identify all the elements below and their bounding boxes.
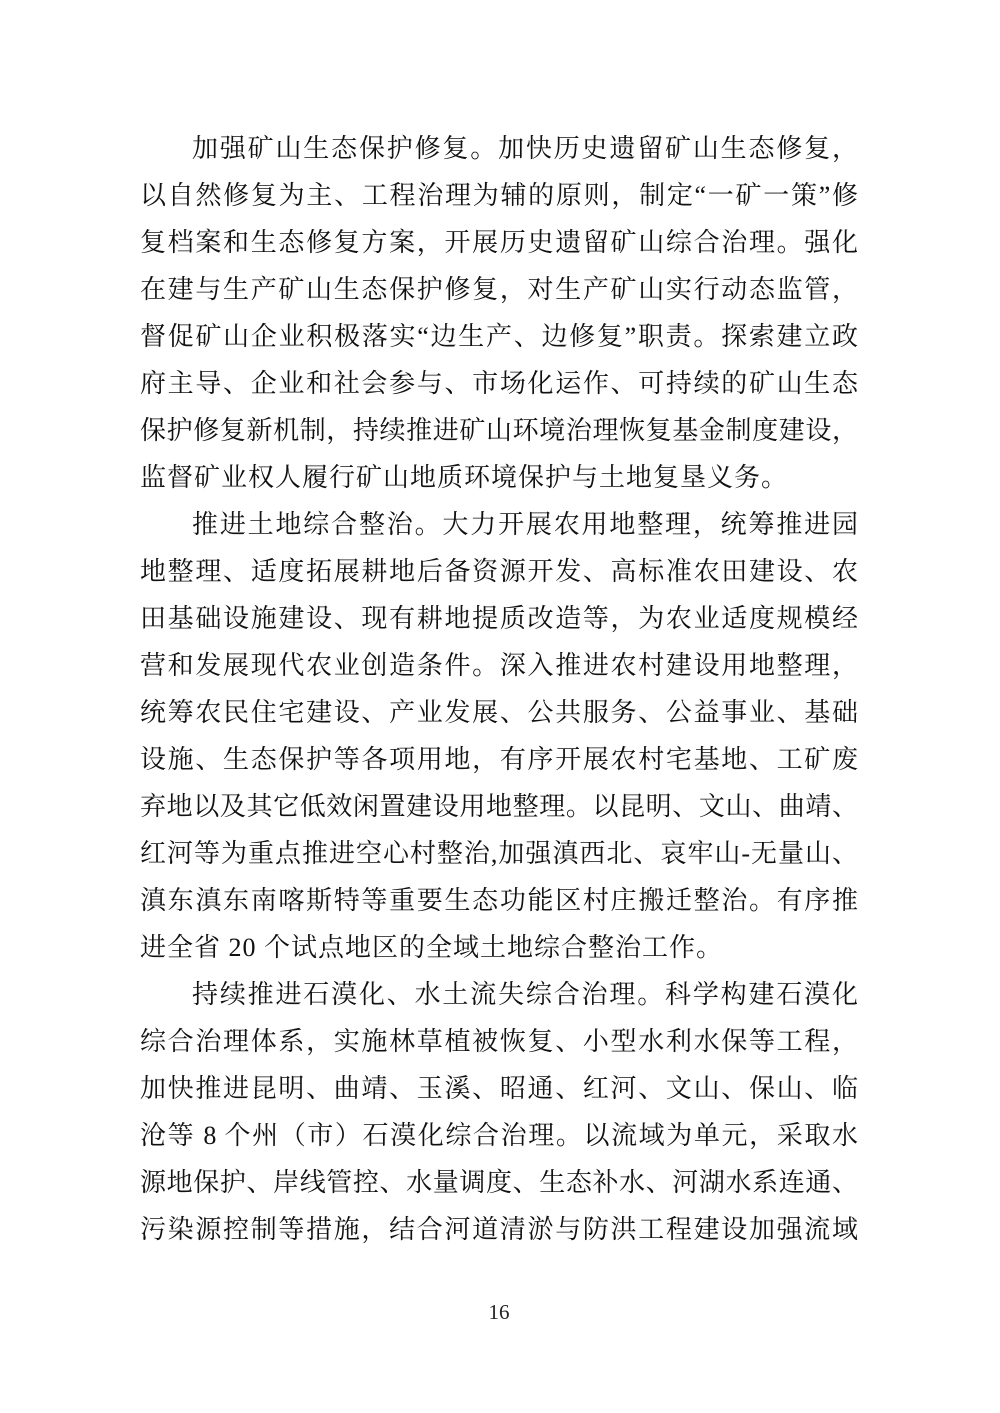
text-line: 以自然修复为主、工程治理为辅的原则，制定“一矿一策”修 [140, 172, 858, 219]
page-footer: 16 [140, 1300, 858, 1325]
text-line: 田基础设施建设、现有耕地提质改造等，为农业适度规模经 [140, 595, 858, 642]
page-number: 16 [489, 1300, 510, 1324]
text-line: 复档案和生态修复方案，开展历史遗留矿山综合治理。强化 [140, 219, 858, 266]
text-line: 源地保护、岸线管控、水量调度、生态补水、河湖水系连通、 [140, 1159, 858, 1206]
text-line: 营和发展现代农业创造条件。深入推进农村建设用地整理， [140, 642, 858, 689]
text-line: 地整理、适度拓展耕地后备资源开发、高标准农田建设、农 [140, 548, 858, 595]
text-line: 保护修复新机制，持续推进矿山环境治理恢复基金制度建设， [140, 407, 858, 454]
text-line: 设施、生态保护等各项用地，有序开展农村宅基地、工矿废 [140, 736, 858, 783]
text-line: 综合治理体系，实施林草植被恢复、小型水利水保等工程， [140, 1018, 858, 1065]
text-line: 污染源控制等措施，结合河道清淤与防洪工程建设加强流域 [140, 1206, 858, 1253]
paragraph-land-comprehensive-improvement: 推进土地综合整治。大力开展农用地整理，统筹推进园 地整理、适度拓展耕地后备资源开… [140, 501, 858, 971]
text-line: 监督矿业权人履行矿山地质环境保护与土地复垦义务。 [140, 454, 858, 501]
text-line: 滇东滇东南喀斯特等重要生态功能区村庄搬迁整治。有序推 [140, 877, 858, 924]
paragraph-mine-ecological-restoration: 加强矿山生态保护修复。加快历史遗留矿山生态修复， 以自然修复为主、工程治理为辅的… [140, 125, 858, 501]
text-line: 加强矿山生态保护修复。加快历史遗留矿山生态修复， [140, 125, 858, 172]
paragraph-rocky-desertification-control: 持续推进石漠化、水土流失综合治理。科学构建石漠化 综合治理体系，实施林草植被恢复… [140, 971, 858, 1253]
text-line: 统筹农民住宅建设、产业发展、公共服务、公益事业、基础 [140, 689, 858, 736]
document-body: 加强矿山生态保护修复。加快历史遗留矿山生态修复， 以自然修复为主、工程治理为辅的… [140, 125, 858, 1253]
text-line: 进全省 20 个试点地区的全域土地综合整治工作。 [140, 924, 858, 971]
text-line: 持续推进石漠化、水土流失综合治理。科学构建石漠化 [140, 971, 858, 1018]
text-line: 推进土地综合整治。大力开展农用地整理，统筹推进园 [140, 501, 858, 548]
text-line: 加快推进昆明、曲靖、玉溪、昭通、红河、文山、保山、临 [140, 1065, 858, 1112]
text-line: 沧等 8 个州（市）石漠化综合治理。以流域为单元，采取水 [140, 1112, 858, 1159]
text-line: 红河等为重点推进空心村整治,加强滇西北、哀牢山-无量山、 [140, 830, 858, 877]
text-line: 在建与生产矿山生态保护修复，对生产矿山实行动态监管， [140, 266, 858, 313]
text-line: 府主导、企业和社会参与、市场化运作、可持续的矿山生态 [140, 360, 858, 407]
document-page: 加强矿山生态保护修复。加快历史遗留矿山生态修复， 以自然修复为主、工程治理为辅的… [0, 0, 1000, 1413]
text-line: 弃地以及其它低效闲置建设用地整理。以昆明、文山、曲靖、 [140, 783, 858, 830]
text-line: 督促矿山企业积极落实“边生产、边修复”职责。探索建立政 [140, 313, 858, 360]
